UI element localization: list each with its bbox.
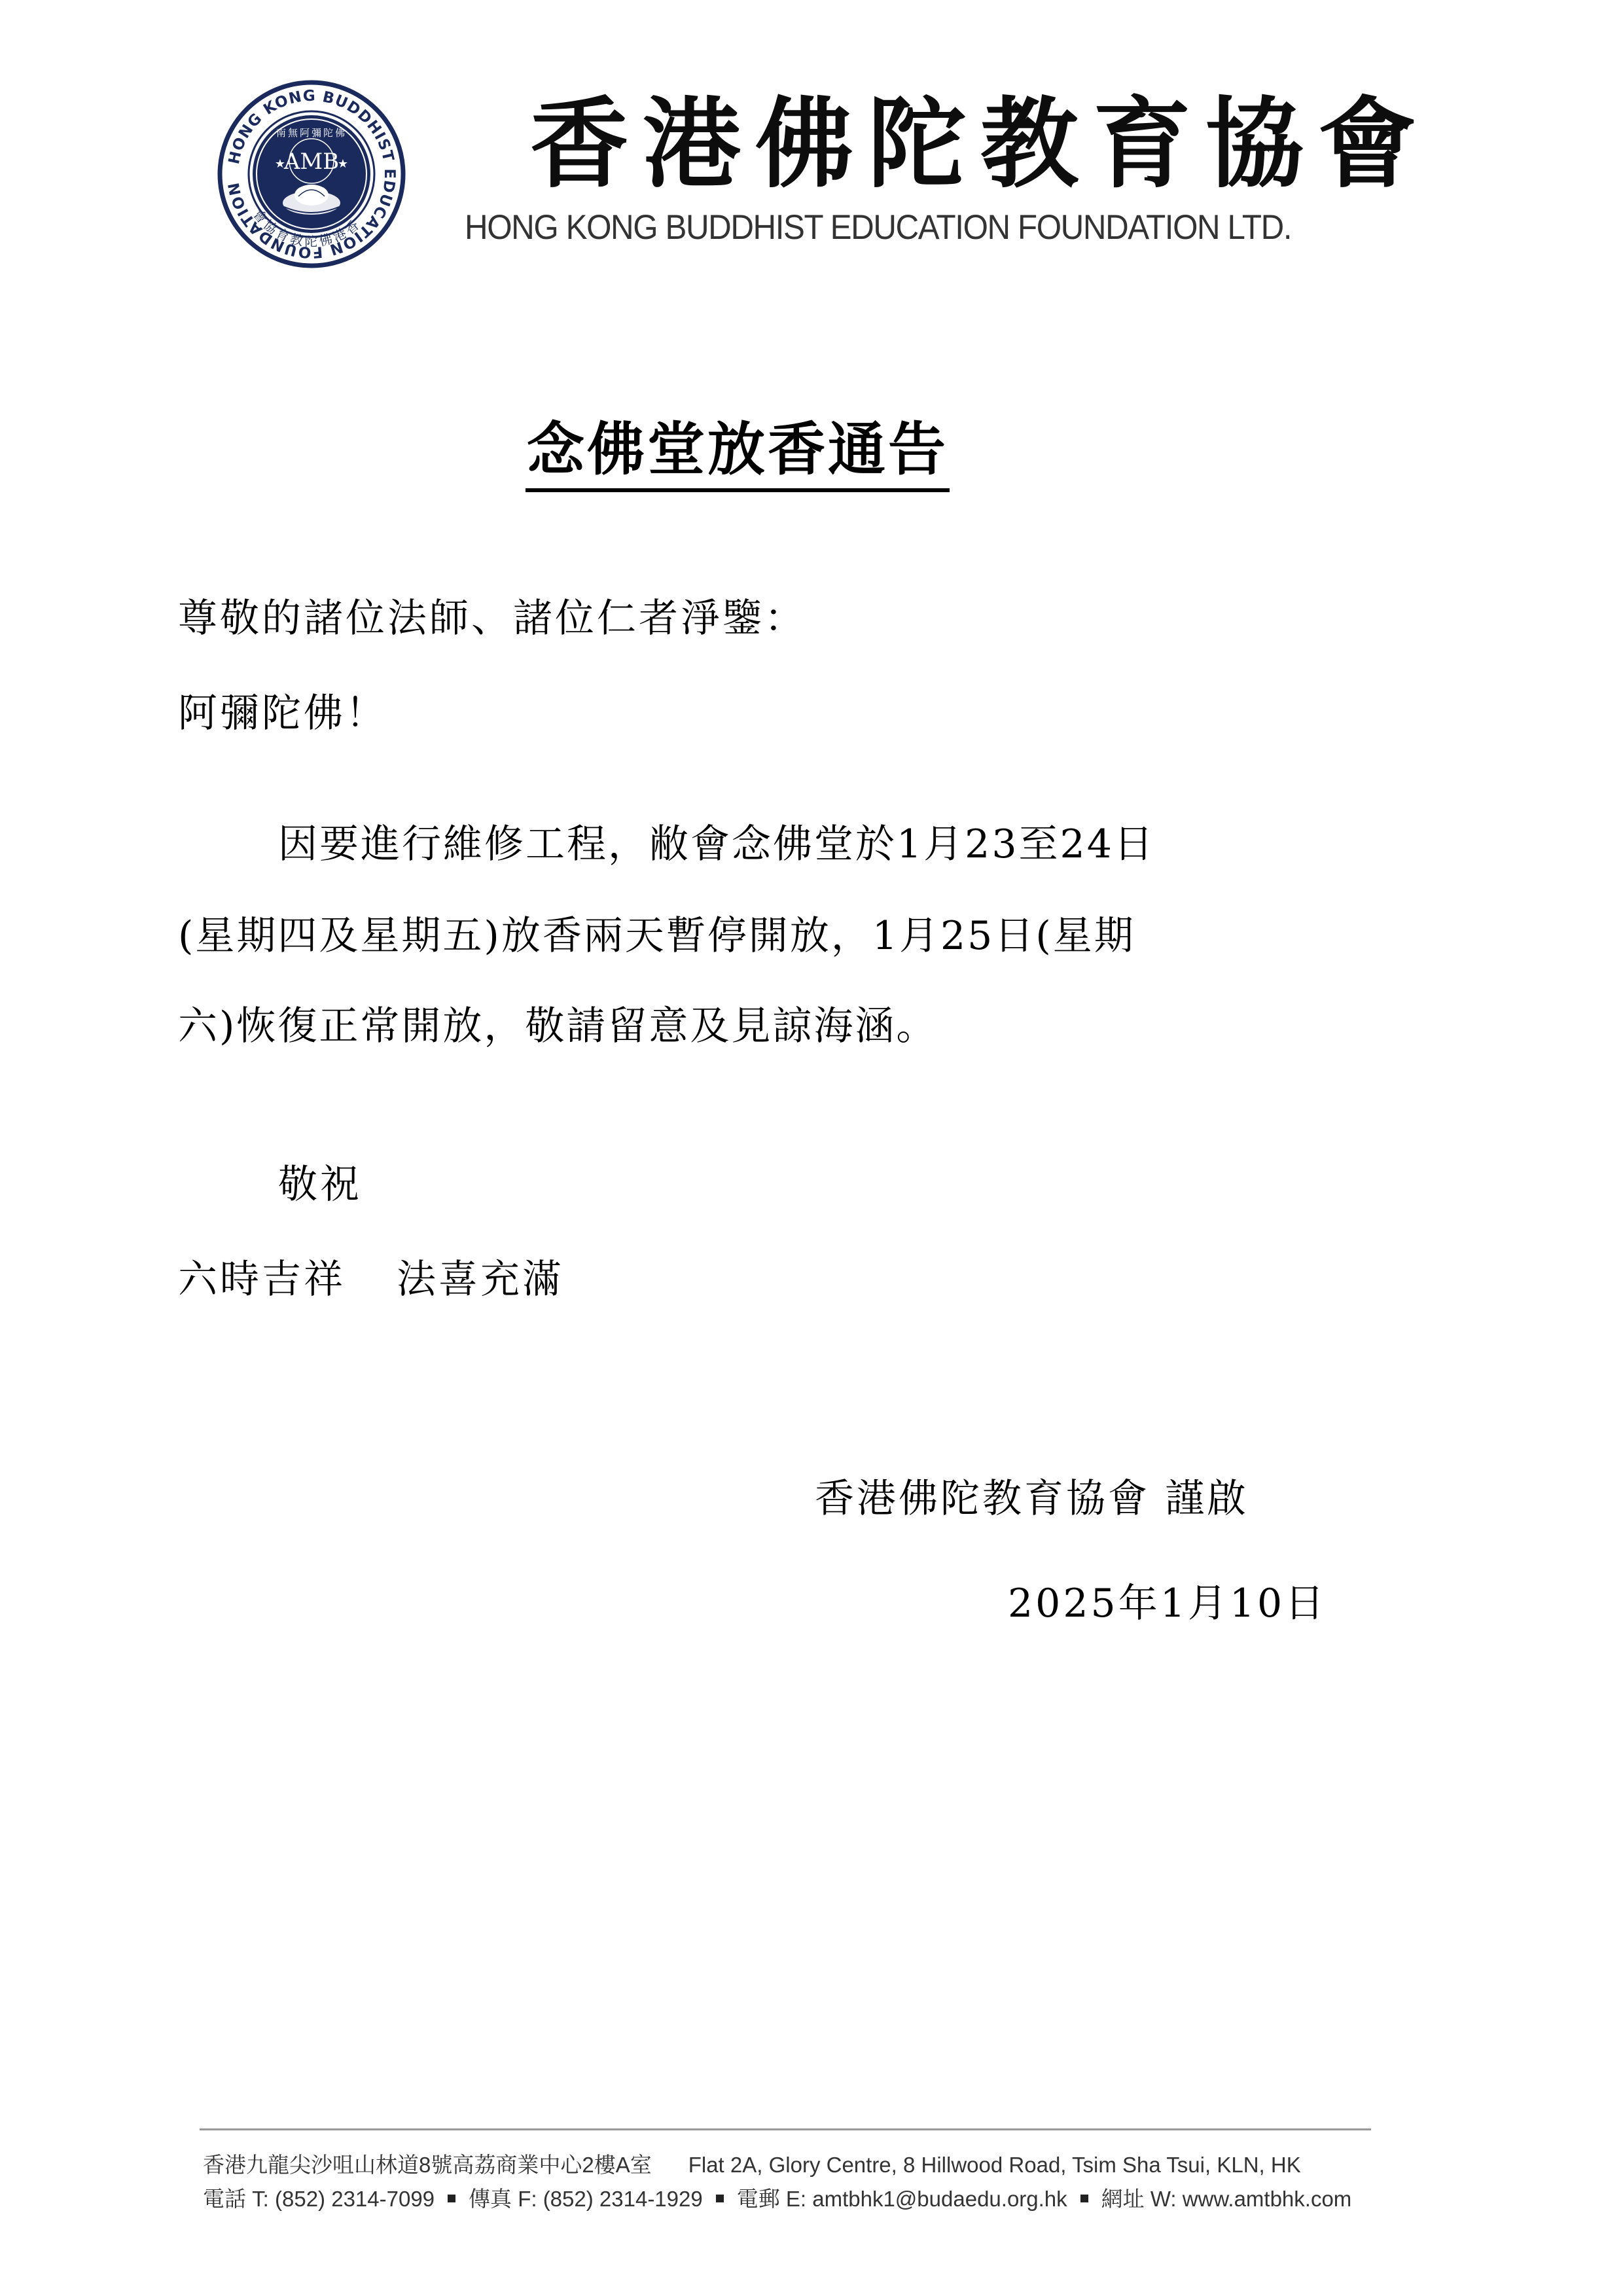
org-name-chinese: 香港佛陀教育協會 (530, 85, 1315, 203)
svg-text:★: ★ (338, 157, 348, 171)
notice-date: 2025年1月10日 (1008, 1577, 1327, 1630)
bullet-separator-icon (1080, 2195, 1088, 2202)
fax-number: 傳真 F: (852) 2314-1929 (469, 2187, 703, 2211)
body-line-3: 六)恢復正常開放，敬請留意及見諒海涵。 (178, 1000, 937, 1052)
notice-title: 念佛堂放香通告 (526, 414, 950, 492)
org-name-english: HONG KONG BUDDHIST EDUCATION FOUNDATION … (465, 207, 1317, 249)
closing-respect: 敬祝 (278, 1158, 362, 1211)
footer-divider (200, 2128, 1371, 2130)
blessing-part-1: 六時吉祥 (178, 1257, 346, 1302)
svg-text:★: ★ (275, 157, 285, 171)
phone-number: 電話 T: (852) 2314-7099 (203, 2187, 435, 2211)
footer-address: 香港九龍尖沙咀山林道8號高荔商業中心2樓A室Flat 2A, Glory Cen… (203, 2152, 1301, 2178)
address-english: Flat 2A, Glory Centre, 8 Hillwood Road, … (688, 2153, 1301, 2177)
svg-text:AMB: AMB (283, 149, 339, 175)
body-line-1: 因要進行維修工程，敝會念佛堂於1月23至24日 (278, 818, 1155, 870)
footer-contacts: 電話 T: (852) 2314-7099傳真 F: (852) 2314-19… (203, 2186, 1351, 2212)
blessing-part-2: 法喜充滿 (397, 1257, 564, 1302)
bullet-separator-icon (716, 2195, 724, 2202)
salutation: 尊敬的諸位法師、諸位仁者淨鑒： (178, 592, 806, 645)
email-address: 電郵 E: amtbhk1@budaedu.org.hk (737, 2187, 1067, 2211)
website-url: 網址 W: www.amtbhk.com (1101, 2187, 1352, 2211)
body-line-2: (星期四及星期五)放香兩天暫停開放，1月25日(星期 (178, 910, 1135, 962)
bullet-separator-icon (448, 2195, 455, 2202)
address-chinese: 香港九龍尖沙咀山林道8號高荔商業中心2樓A室 (203, 2153, 652, 2177)
svg-text:南無阿彌陀佛: 南無阿彌陀佛 (276, 127, 347, 139)
greeting: 阿彌陀佛！ (178, 687, 387, 740)
signature: 香港佛陀教育協會 謹啟 (815, 1473, 1249, 1525)
closing-blessing: 六時吉祥法喜充滿 (178, 1253, 564, 1306)
foundation-logo: HONG KONG BUDDHIST EDUCATION FOUNDATION … (216, 79, 407, 270)
logo-seal-icon: HONG KONG BUDDHIST EDUCATION FOUNDATION … (216, 79, 407, 270)
